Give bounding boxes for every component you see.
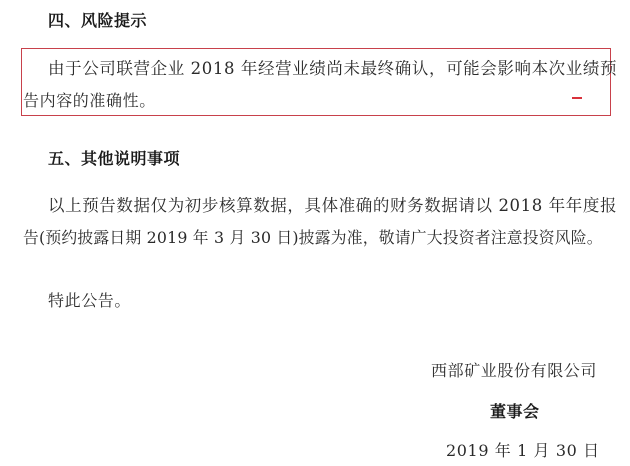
section-4-paragraph-line-2: 告内容的准确性。 xyxy=(23,88,156,111)
section-4-heading: 四、风险提示 xyxy=(48,8,147,31)
board-name: 董事会 xyxy=(490,399,540,422)
red-dash-mark xyxy=(572,97,582,99)
section-5-paragraph-line-2: 告(预约披露日期 2019 年 3 月 30 日)披露为准，敬请广大投资者注意投… xyxy=(23,225,603,248)
company-name: 西部矿业股份有限公司 xyxy=(431,358,597,381)
closing-statement: 特此公告。 xyxy=(48,288,131,311)
section-4-paragraph-line-1: 由于公司联营企业 2018 年经营业绩尚未最终确认，可能会影响本次业绩预 xyxy=(48,55,617,79)
section-5-heading: 五、其他说明事项 xyxy=(48,146,180,169)
announcement-date: 2019 年 1 月 30 日 xyxy=(446,438,600,461)
section-5-paragraph-line-1: 以上预告数据仅为初步核算数据，具体准确的财务数据请以 2018 年年度报 xyxy=(48,192,617,216)
